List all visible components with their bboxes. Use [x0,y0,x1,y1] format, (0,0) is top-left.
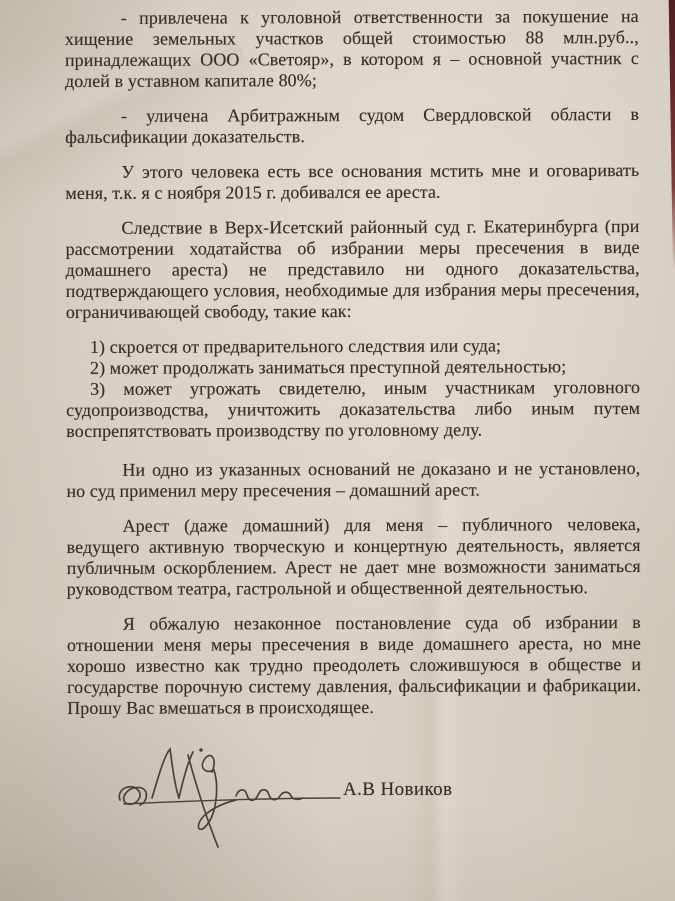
paragraph-public-insult: Арест (даже домашний) для меня – публичн… [67,514,641,600]
charge-item-falsification: - уличена Арбитражным судом Свердловской… [65,104,639,148]
ground-item-2: 2) может продолжать заниматься преступно… [66,356,640,379]
ground-item-1: 1) скроется от предварительного следстви… [66,335,640,358]
document-photo: - привлечена к уголовной ответственности… [0,0,675,901]
grounds-list: 1) скроется от предварительного следстви… [66,335,640,442]
ground-item-3: 3) может угрожать свидетелю, иным участн… [66,377,640,442]
signature-block: А.В Новиков [100,742,520,882]
paragraph-appeal: Я обжалую незаконное постановление суда … [67,612,641,719]
paragraph-no-proof: Ни одно из указанных оснований не доказа… [66,458,640,502]
handwritten-signature [100,742,350,860]
paragraph-motive: У этого человека есть все основания мсти… [65,160,639,204]
signatory-name: А.В Новиков [343,779,452,801]
background-edge [666,0,675,272]
paragraph-investigation: Следствие в Верх-Исетский районный суд г… [65,216,639,323]
letter-body: - привлечена к уголовной ответственности… [65,6,642,733]
charge-item-theft: - привлечена к уголовной ответственности… [65,6,639,92]
